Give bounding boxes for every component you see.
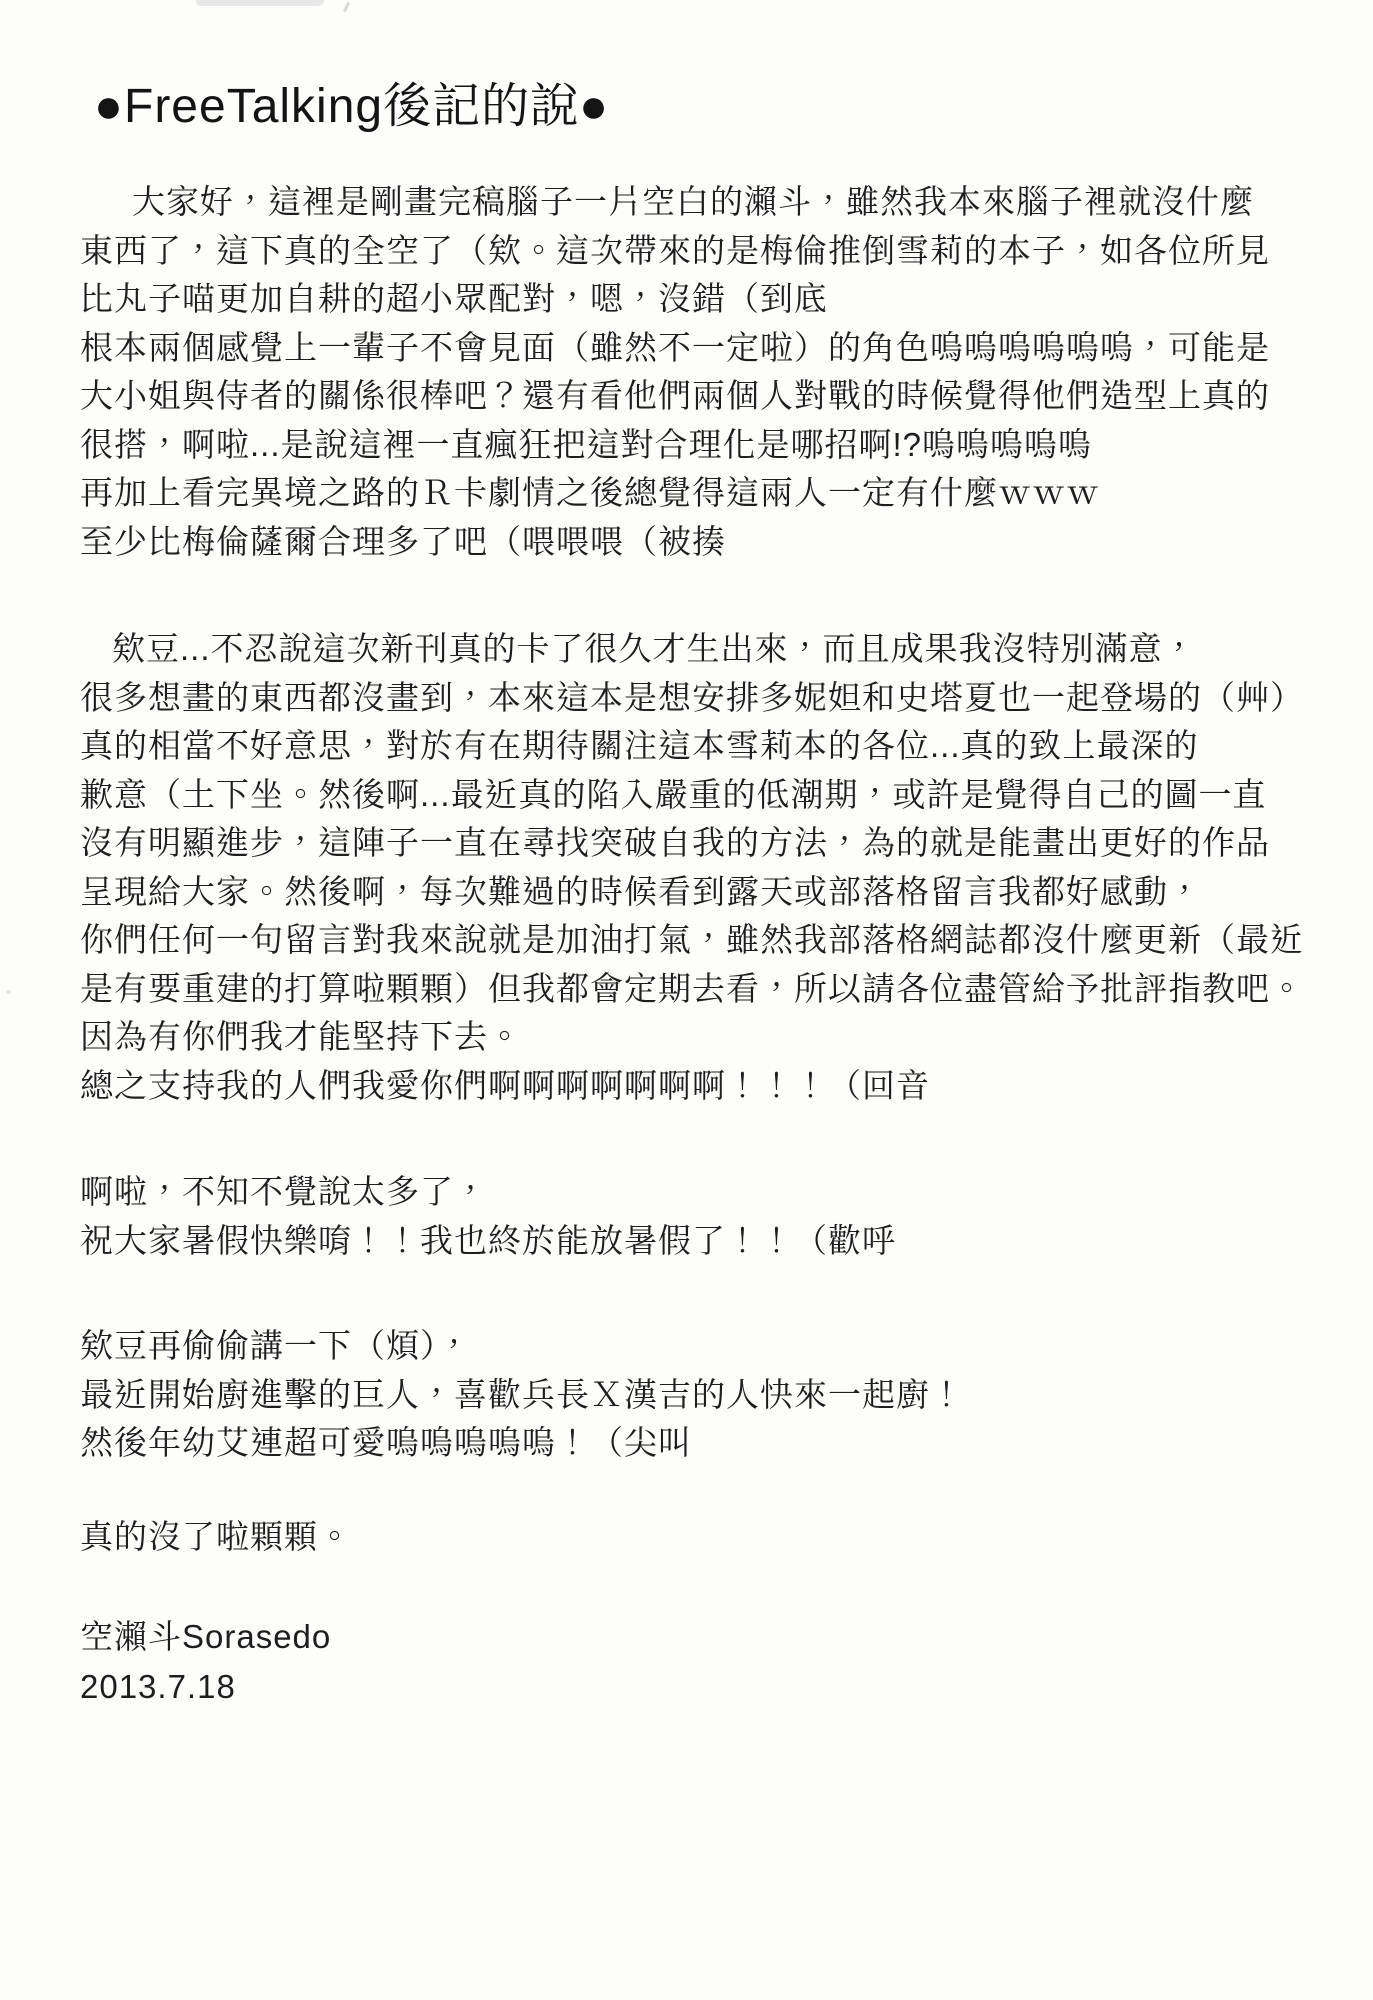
scan-artifact xyxy=(6,990,11,994)
text-line: 沒有明顯進步，這陣子一直在尋找突破自我的方法，為的就是能畫出更好的作品 xyxy=(80,819,1340,868)
text-line: 至少比梅倫薩爾合理多了吧（喂喂喂（被揍 xyxy=(80,518,1340,567)
paragraph: 欸豆再偷偷講一下（煩），最近開始廚進擊的巨人，喜歡兵長Ｘ漢吉的人快來一起廚！然後… xyxy=(80,1322,1340,1468)
text-line: 然後年幼艾連超可愛嗚嗚嗚嗚嗚！（尖叫 xyxy=(80,1419,1340,1468)
author-name: 空瀨斗Sorasedo xyxy=(80,1612,1340,1662)
page-title: ●FreeTalking後記的說● xyxy=(80,0,1340,136)
paragraph: 啊啦，不知不覺說太多了，祝大家暑假快樂唷！！我也終於能放暑假了！！（歡呼 xyxy=(80,1168,1340,1265)
text-line: 最近開始廚進擊的巨人，喜歡兵長Ｘ漢吉的人快來一起廚！ xyxy=(80,1371,1340,1420)
paragraph: 真的沒了啦顆顆。 xyxy=(80,1513,1340,1562)
text-line: 東西了，這下真的全空了（欸。這次帶來的是梅倫推倒雪莉的本子，如各位所見 xyxy=(80,227,1340,276)
scanned-afterword-page: ●FreeTalking後記的說● 大家好，這裡是剛畫完稿腦子一片空白的瀨斗，雖… xyxy=(0,0,1373,2000)
signature-date: 2013.7.18 xyxy=(80,1662,1340,1712)
text-line: 因為有你們我才能堅持下去。 xyxy=(80,1013,1340,1062)
text-line: 總之支持我的人們我愛你們啊啊啊啊啊啊啊！！！（回音 xyxy=(80,1062,1340,1111)
text-line: 根本兩個感覺上一輩子不會見面（雖然不一定啦）的角色嗚嗚嗚嗚嗚嗚，可能是 xyxy=(80,324,1340,373)
signature-block: 空瀨斗Sorasedo 2013.7.18 xyxy=(80,1612,1340,1712)
afterword-body: 大家好，這裡是剛畫完稿腦子一片空白的瀨斗，雖然我本來腦子裡就沒什麼東西了，這下真… xyxy=(80,178,1340,1561)
text-line: 欸豆再偷偷講一下（煩）， xyxy=(80,1322,1340,1371)
text-line: 祝大家暑假快樂唷！！我也終於能放暑假了！！（歡呼 xyxy=(80,1217,1340,1266)
text-line: 呈現給大家。然後啊，每次難過的時候看到露天或部落格留言我都好感動， xyxy=(80,868,1340,917)
text-line: 比丸子喵更加自耕的超小眾配對，嗯，沒錯（到底 xyxy=(80,275,1340,324)
text-line: 你們任何一句留言對我來說就是加油打氣，雖然我部落格網誌都沒什麼更新（最近 xyxy=(80,916,1340,965)
text-line: 很多想畫的東西都沒畫到，本來這本是想安排多妮妲和史塔夏也一起登場的（艸） xyxy=(80,674,1340,723)
text-line: 很搭，啊啦...是說這裡一直瘋狂把這對合理化是哪招啊!?嗚嗚嗚嗚嗚 xyxy=(80,421,1340,470)
text-line: 是有要重建的打算啦顆顆）但我都會定期去看，所以請各位盡管給予批評指教吧。 xyxy=(80,965,1340,1014)
text-line: 啊啦，不知不覺說太多了， xyxy=(80,1168,1340,1217)
text-line: 大家好，這裡是剛畫完稿腦子一片空白的瀨斗，雖然我本來腦子裡就沒什麼 xyxy=(80,178,1340,227)
text-line: 真的沒了啦顆顆。 xyxy=(80,1513,1340,1562)
paragraph: 欸豆...不忍說這次新刊真的卡了很久才生出來，而且成果我沒特別滿意，很多想畫的東… xyxy=(80,625,1340,1110)
text-line: 再加上看完異境之路的Ｒ卡劇情之後總覺得這兩人一定有什麼ｗｗｗ xyxy=(80,469,1340,518)
text-line: 大小姐與侍者的關係很棒吧？還有看他們兩個人對戰的時候覺得他們造型上真的 xyxy=(80,372,1340,421)
text-line: 歉意（土下坐。然後啊...最近真的陷入嚴重的低潮期，或許是覺得自己的圖一直 xyxy=(80,771,1340,820)
page-content: ●FreeTalking後記的說● 大家好，這裡是剛畫完稿腦子一片空白的瀨斗，雖… xyxy=(80,0,1340,1712)
paragraph: 大家好，這裡是剛畫完稿腦子一片空白的瀨斗，雖然我本來腦子裡就沒什麼東西了，這下真… xyxy=(80,178,1340,566)
text-line: 欸豆...不忍說這次新刊真的卡了很久才生出來，而且成果我沒特別滿意， xyxy=(80,625,1340,674)
text-line: 真的相當不好意思，對於有在期待關注這本雪莉本的各位...真的致上最深的 xyxy=(80,722,1340,771)
